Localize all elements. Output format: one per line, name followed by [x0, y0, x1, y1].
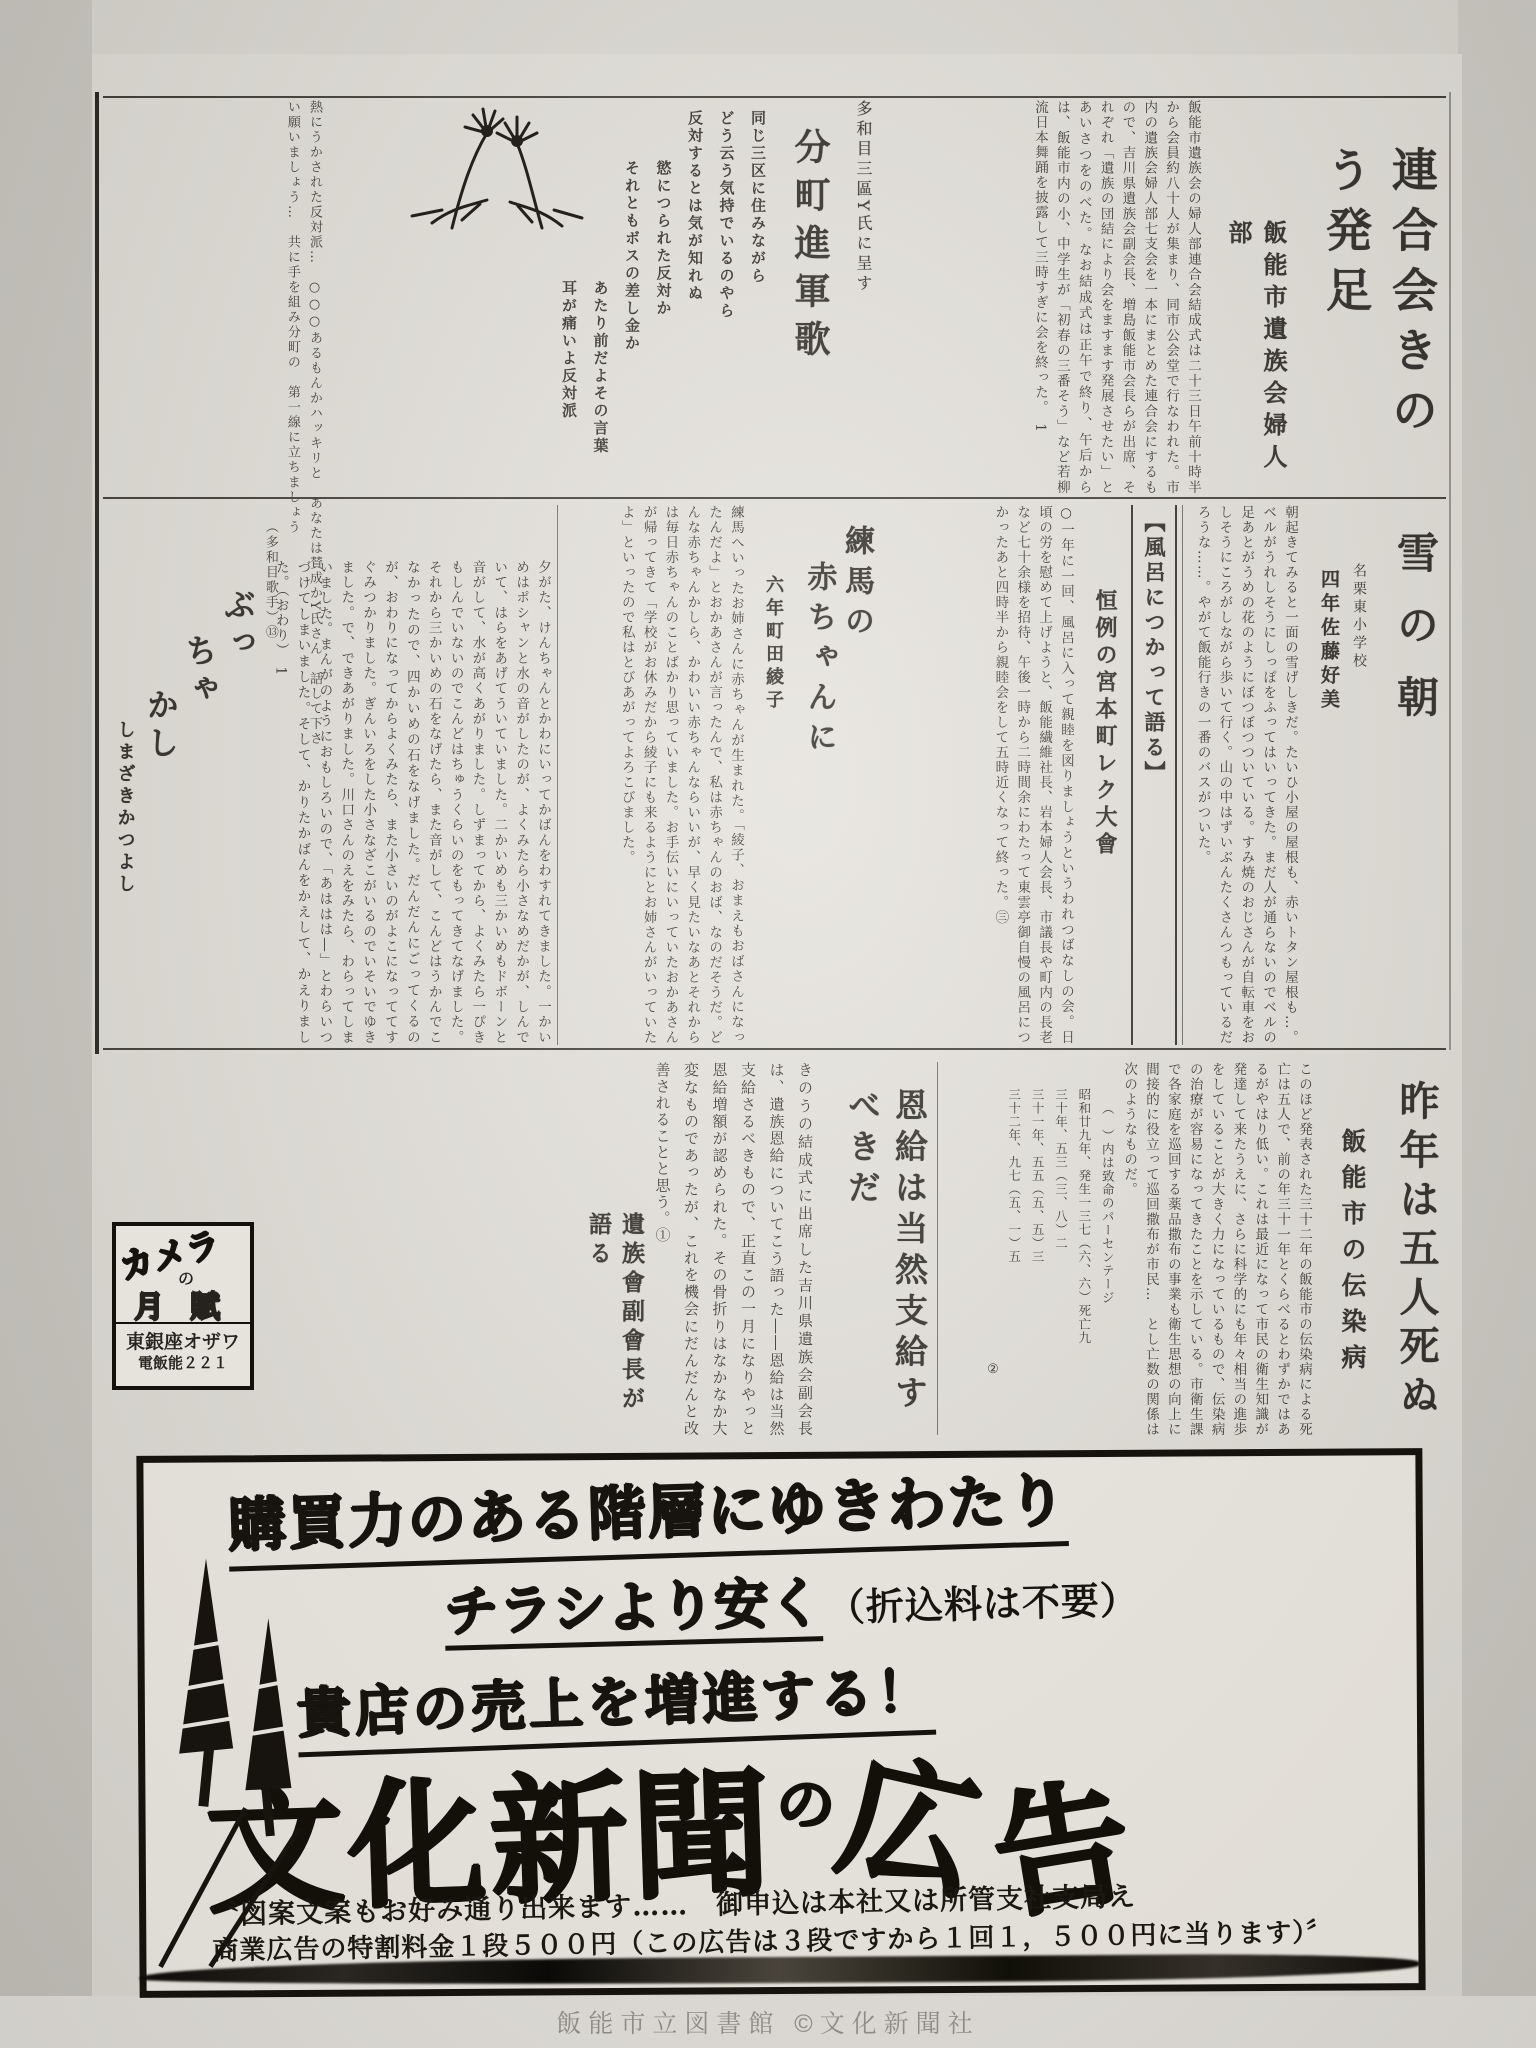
- newspaper-page: 連合会きのう発足 飯能市遺族会婦人部 飯能市遺族会の婦人部連合会結成式は二十三日…: [0, 0, 1536, 2048]
- article-rengokai: 連合会きのう発足 飯能市遺族会婦人部 飯能市遺族会の婦人部連合会結成式は二十三日…: [880, 100, 1445, 495]
- densen-stat-row: 昭和廿九年、発生一三七（六、六）死亡九: [1075, 1062, 1094, 1437]
- pine-trees-illustration: [148, 1558, 321, 1969]
- column-rule-2: [557, 505, 558, 1045]
- nerima-body: 練馬へいったお姉さんに赤ちゃんが生まれた。「綾子、おまえもおばさんになったんだよ…: [615, 505, 746, 1045]
- ad-logo-no: の: [773, 1754, 842, 1845]
- column-rule-1: [1182, 505, 1183, 1045]
- article-butchakashi: 夕がた、けんちゃんとかわにいってかばんをわすれてきました。一かいめはポシャンと水…: [103, 560, 553, 1045]
- camera-monthly-ad: カメラ の 月賦 東銀座オザワ 電飯能２２１: [112, 1222, 254, 1390]
- footer: 飯能市立図書館 ©文化新聞社: [0, 1996, 1536, 2048]
- furo-body: ○一年に一回、風呂に入って親睦を図りましょうというわれつばなしの会。日頃の労を慰…: [989, 505, 1076, 1045]
- bunka-shimbun-ad: 購買力のある階層にゆきわたり チラシより安く （折込料は不要） 貴店の売上を増進…: [136, 1448, 1425, 1998]
- densen-subhead: 飯能市の伝染病: [1334, 1062, 1370, 1437]
- butsu-title: ぶっ ちゃ かし: [142, 560, 257, 1045]
- right-border-rule: [1449, 92, 1451, 1050]
- poem-verse: 慾につられた反対か: [652, 100, 675, 495]
- left-border-rule: [95, 92, 99, 1054]
- ad-line2-paren: （折込料は不要）: [826, 1580, 1139, 1630]
- densen-stat-row: 三十年、五三（三、八）二: [1051, 1062, 1070, 1437]
- top-rule: [103, 96, 1446, 98]
- onkyu-headline: 恩給は当然支給すべきだ: [839, 1062, 933, 1437]
- thistle-flower-illustration: [392, 88, 602, 238]
- yuki-school: 名栗東小学校: [1349, 505, 1369, 1045]
- densen-stat-row: 三十二年、九七（五、一）五: [1004, 1062, 1023, 1437]
- furo-title: 【風呂につかって語る】: [1131, 505, 1177, 1045]
- nerima-byline: 六年町田綾子: [760, 505, 786, 1045]
- poem-title: 分町進軍歌: [785, 100, 836, 495]
- yuki-title: 雪の朝: [1385, 505, 1445, 1045]
- camera-ad-word: カメラ: [114, 1222, 225, 1289]
- poem-dedication: 多和目三區Y氏に呈す: [852, 100, 875, 495]
- butsu-byline: しまざきかつよし: [112, 560, 138, 1045]
- butsu-title-part2: ちゃ: [180, 560, 218, 1045]
- article-densenbyo: 昨年は五人死ぬ 飯能市の伝染病 このほど発表された三十二年の飯能市の伝染病による…: [942, 1062, 1445, 1437]
- camera-ad-phone: 電飯能２２１: [116, 1352, 250, 1373]
- poem-verse: 反対するとは気が知れぬ: [684, 100, 707, 495]
- poem-verse: それともボスの差し金か: [621, 100, 644, 495]
- article-nerima: 練馬の赤ちゃんに 六年町田綾子 練馬へいったお姉さんに赤ちゃんが生まれた。「綾子…: [562, 505, 875, 1045]
- yuki-body: 朝起きてみると一面の雪げしきだ。たいひ小屋の屋根も、赤いトタン屋根も…。ベルがう…: [1191, 505, 1300, 1045]
- densen-marker: ②: [985, 1062, 1000, 1437]
- nerima-title-line2: 赤ちゃんに: [800, 525, 838, 1045]
- nerima-title-line1: 練馬の: [839, 525, 874, 645]
- butsu-title-part3: かし: [142, 560, 180, 1045]
- column-rule-3: [937, 1062, 938, 1435]
- rengokai-headline: 連合会きのう発足: [1313, 100, 1445, 495]
- densen-headline: 昨年は五人死ぬ: [1388, 1062, 1445, 1437]
- poem-verse: どう云う気持でいるのやら: [715, 100, 738, 495]
- scan-edge-right: [1458, 0, 1536, 2048]
- furo-subtitle: 恒例の宮本町レク大會: [1090, 505, 1121, 1045]
- densen-stat-row: 三十一年、五五（五、五）三: [1028, 1062, 1047, 1437]
- library-credit: 飯能市立図書館 ©文化新聞社: [556, 2004, 979, 2040]
- ad-line1: 購買力のある階層にゆきわたり: [226, 1453, 1068, 1572]
- densen-body: このほど発表された三十二年の飯能市の伝染病による死亡は五人で、前の年三十一年とく…: [1117, 1062, 1314, 1437]
- onkyu-subhead: 遺族會副會長が語る: [582, 1062, 648, 1437]
- rengokai-subhead: 飯能市遺族会婦人部: [1221, 100, 1291, 495]
- yuki-byline: 四年佐藤好美: [1316, 505, 1343, 1045]
- camera-ad-word2: 月賦: [134, 1282, 246, 1326]
- onkyu-body: きのうの結成式に出席した吉川県遺族会副会長は、遺族恩給についてこう語った――恩給…: [648, 1062, 819, 1437]
- section-rule-2: [103, 1048, 1446, 1050]
- densen-stat-note: （ ）内は致命のパーセンテージ: [1098, 1062, 1117, 1437]
- camera-ad-shop: 東銀座オザワ: [116, 1322, 250, 1354]
- nerima-title: 練馬の赤ちゃんに: [800, 505, 875, 1045]
- ad-line2-main: チラシより安く: [444, 1573, 824, 1651]
- scan-edge-left: [0, 0, 92, 2048]
- ad-line2: チラシより安く （折込料は不要）: [443, 1552, 1139, 1647]
- butsu-body: 夕がた、けんちゃんとかわにいってかばんをわすれてきました。一かいめはポシャンと水…: [269, 560, 553, 1045]
- butsu-title-part1: ぶっ: [218, 560, 256, 1045]
- article-yuki-no-asa: 雪の朝 名栗東小学校 四年佐藤好美 朝起きてみると一面の雪げしきだ。たいひ小屋の…: [1187, 505, 1445, 1045]
- rengokai-body: 飯能市遺族会の婦人部連合会結成式は二十三日午前十時半から会員約八十人が集まり、同…: [1028, 100, 1203, 495]
- poem-verse: 同じ三区に住みながら: [747, 100, 770, 495]
- article-furo-inset: 【風呂につかって語る】 恒例の宮本町レク大會 ○一年に一回、風呂に入って親睦を図…: [885, 505, 1177, 1045]
